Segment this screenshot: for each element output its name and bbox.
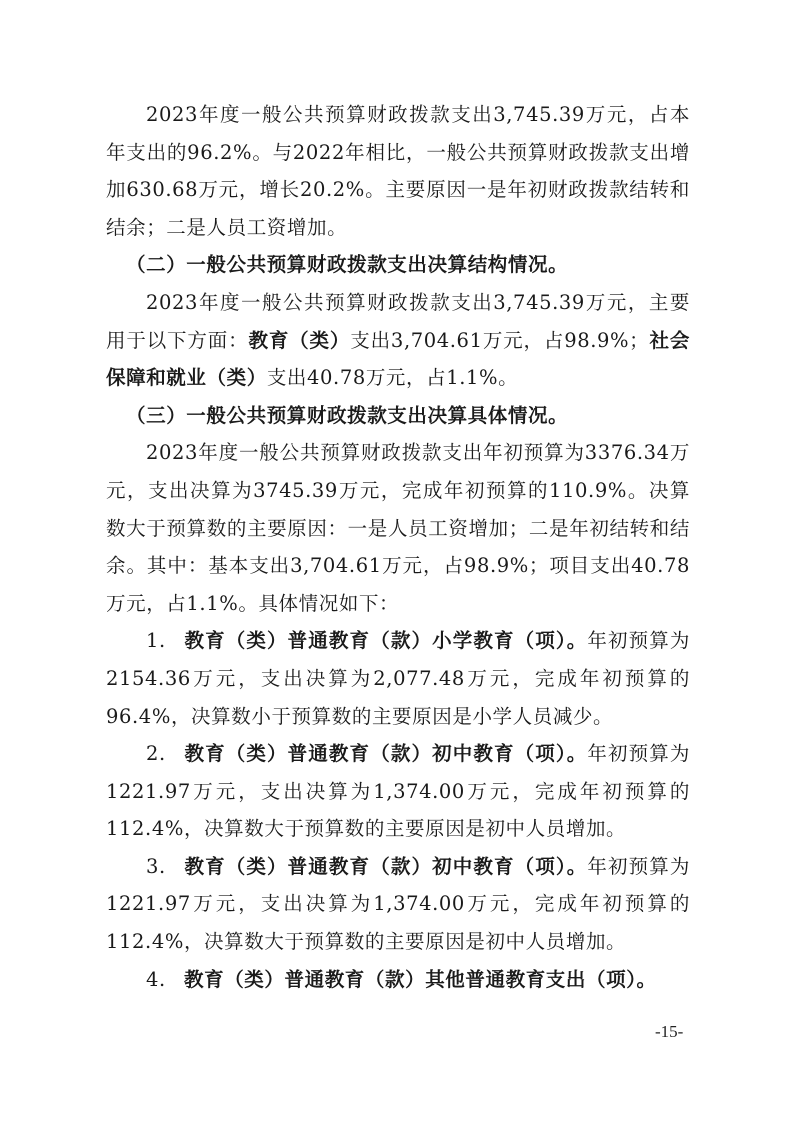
paragraph-expenditure-structure: 2023年度一般公共预算财政拨款支出3,745.39万元，主要用于以下方面：教育… bbox=[106, 284, 690, 397]
item-number: 1. bbox=[146, 622, 184, 660]
category-education: 教育（类） bbox=[248, 329, 350, 352]
item-title: 教育（类）普通教育（款）初中教育（项）。 bbox=[184, 742, 587, 765]
item-title: 教育（类）普通教育（款）初中教育（项）。 bbox=[184, 855, 587, 878]
section-heading-details: （三）一般公共预算财政拨款支出决算具体情况。 bbox=[106, 397, 690, 435]
list-item: 3.教育（类）普通教育（款）初中教育（项）。年初预算为1221.97万元，支出决… bbox=[106, 848, 690, 961]
item-number: 4. bbox=[146, 961, 184, 999]
document-page: 2023年度一般公共预算财政拨款支出3,745.39万元，占本年支出的96.2%… bbox=[106, 96, 690, 998]
item-title: 教育（类）普通教育（款）小学教育（项）。 bbox=[184, 629, 587, 652]
list-item: 4.教育（类）普通教育（款）其他普通教育支出（项）。 bbox=[106, 961, 690, 999]
list-item: 1.教育（类）普通教育（款）小学教育（项）。年初预算为2154.36万元，支出决… bbox=[106, 622, 690, 735]
paragraph-expenditure-details: 2023年度一般公共预算财政拨款支出年初预算为3376.34万元，支出决算为37… bbox=[106, 434, 690, 622]
paragraph-expenditure-summary: 2023年度一般公共预算财政拨款支出3,745.39万元，占本年支出的96.2%… bbox=[106, 96, 690, 246]
structure-text-e: 支出40.78万元，占1.1%。 bbox=[267, 366, 518, 389]
item-number: 3. bbox=[146, 848, 184, 886]
structure-text-c: 支出3,704.61万元，占98.9%； bbox=[350, 329, 649, 352]
item-title: 教育（类）普通教育（款）其他普通教育支出（项）。 bbox=[184, 968, 657, 991]
section-heading-structure: （二）一般公共预算财政拨款支出决算结构情况。 bbox=[106, 246, 690, 284]
list-item: 2.教育（类）普通教育（款）初中教育（项）。年初预算为1221.97万元，支出决… bbox=[106, 735, 690, 848]
page-number: -15- bbox=[655, 1022, 683, 1042]
item-number: 2. bbox=[146, 735, 184, 773]
